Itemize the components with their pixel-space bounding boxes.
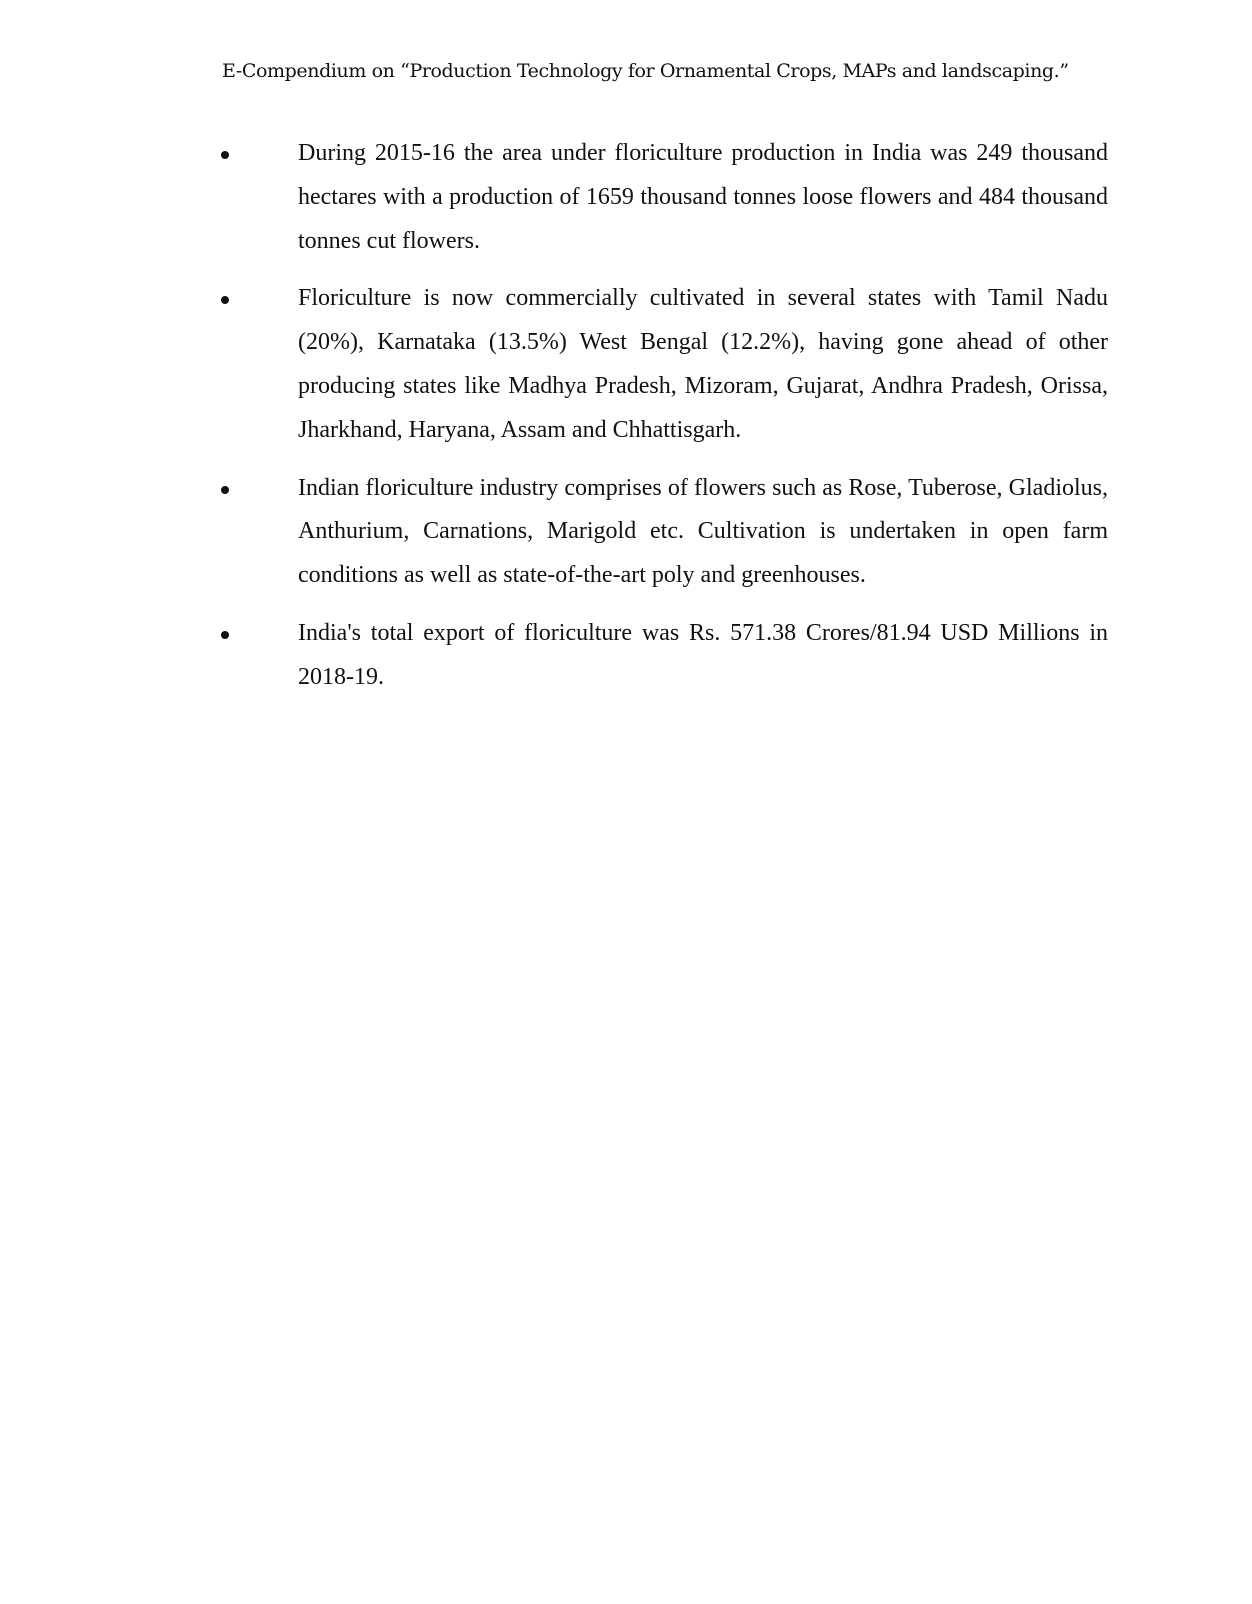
page-header: E-Compendium on “Production Technology f… xyxy=(222,60,1102,82)
bullet-icon xyxy=(221,486,229,494)
bullet-item: Indian floriculture industry comprises o… xyxy=(0,467,1252,598)
bullet-text: During 2015-16 the area under floricultu… xyxy=(298,132,1108,263)
bullet-icon xyxy=(221,151,229,159)
bullet-item: India's total export of floriculture was… xyxy=(0,612,1252,700)
bullet-text: Floriculture is now commercially cultiva… xyxy=(298,277,1108,452)
bullet-item: During 2015-16 the area under floricultu… xyxy=(0,132,1252,263)
bullet-icon xyxy=(221,631,229,639)
bullet-item: Floriculture is now commercially cultiva… xyxy=(0,277,1252,452)
bullet-text: Indian floriculture industry comprises o… xyxy=(298,467,1108,598)
bullet-list: During 2015-16 the area under floricultu… xyxy=(0,132,1252,714)
bullet-text: India's total export of floriculture was… xyxy=(298,612,1108,700)
bullet-icon xyxy=(221,296,229,304)
